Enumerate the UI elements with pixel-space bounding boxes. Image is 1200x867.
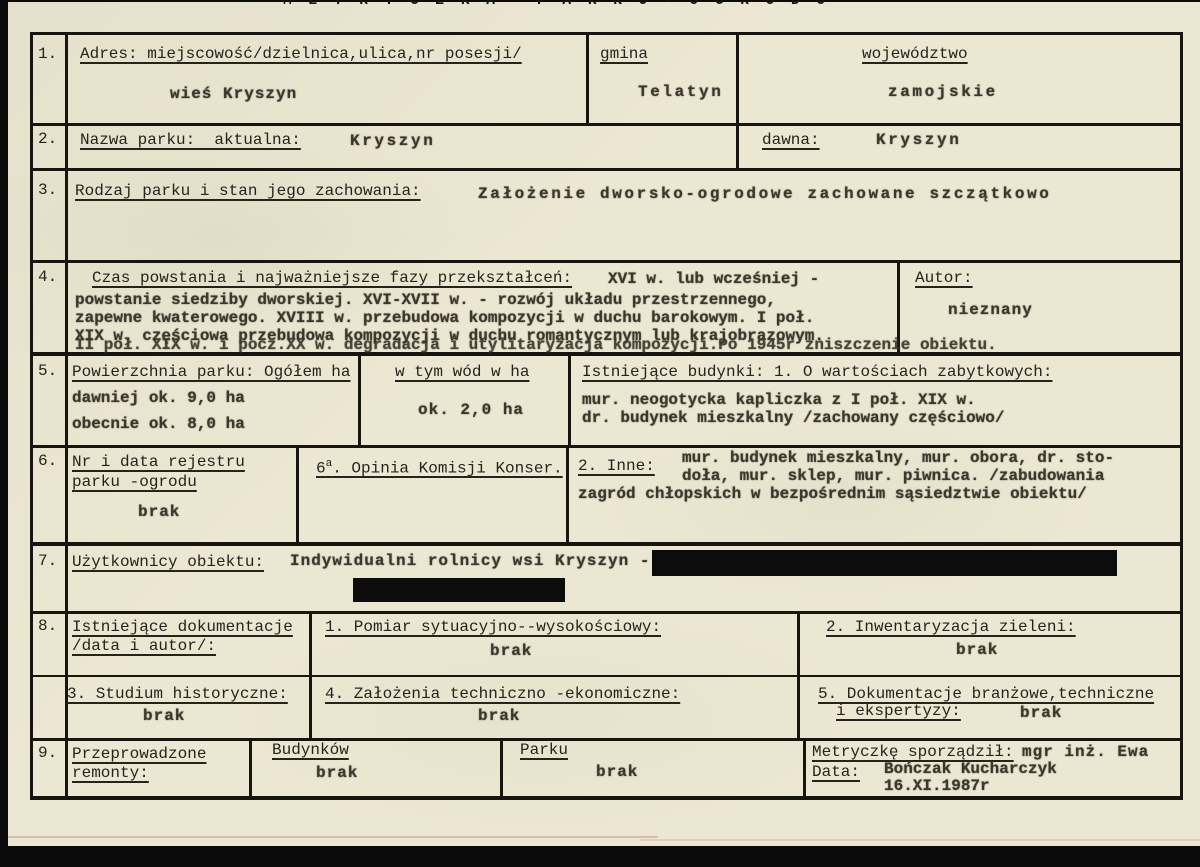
register-label-line1: Nr i data rejestru (72, 452, 245, 472)
park-name-former-value: Kryszyn (876, 130, 961, 150)
voivodeship-label: województwo (862, 44, 968, 64)
doc1-value: brak (490, 641, 532, 661)
redaction-bar (353, 578, 565, 602)
park-type-value: Założenie dworsko-ogrodowe zachowane szc… (478, 184, 1051, 204)
address-label: Adres: miejscowość/dzielnica,ulica,nr po… (80, 44, 522, 64)
form-title: M E T R Y C Z K A P A R K U - O G R O D … (283, 0, 829, 19)
doc4-value: brak (478, 706, 520, 726)
water-area-value: ok. 2,0 ha (418, 400, 524, 420)
table-border-v (249, 738, 252, 796)
renovations-park-value: brak (596, 762, 638, 782)
documentation-label-line1: Istniejące dokumentacje (72, 617, 293, 637)
table-border-v (30, 32, 33, 800)
documentation-label-line2: /data i autor/: (72, 636, 216, 656)
row-number-9: 9. (38, 744, 57, 762)
scanned-form-page: M E T R Y C Z K A P A R K U - O G R O D … (0, 0, 1200, 867)
table-border-v (586, 32, 589, 123)
area-former-value: dawniej ok. 9,0 ha (72, 388, 245, 408)
doc5-value: brak (1020, 703, 1062, 723)
park-name-label: Nazwa parku: aktualna: (80, 130, 301, 150)
renovations-buildings-label: Budynków (272, 740, 349, 760)
table-border-v (736, 32, 739, 168)
users-value: Indywidualni rolnicy wsi Kryszyn - (290, 551, 650, 571)
table-border-v (309, 611, 312, 738)
commission-opinion-label: 6a. Opinia Komisji Konser. (316, 454, 563, 478)
register-value: brak (138, 502, 180, 522)
date-label: Data: (812, 762, 860, 782)
table-border-v (568, 352, 571, 445)
table-border-h (30, 738, 1183, 741)
other-buildings-label: 2. Inne: (578, 456, 655, 476)
table-border-h (30, 611, 1183, 614)
row-number-8: 8. (38, 617, 57, 635)
area-current-value: obecnie ok. 8,0 ha (72, 414, 245, 434)
date-value: 16.XI.1987r (884, 776, 990, 796)
history-label: Czas powstania i najważniejsze fazy prze… (92, 268, 572, 288)
renovations-park-label: Parku (520, 740, 568, 760)
renovations-label-line1: Przeprowadzone (72, 744, 206, 764)
other-buildings-line3: zagród chłopskich w bezpośrednim sąsiedz… (578, 484, 1087, 504)
author-value: nieznany (948, 300, 1033, 320)
doc3-value: brak (143, 706, 185, 726)
gmina-value: Telatyn (638, 82, 723, 102)
row-number-2: 2. (38, 130, 57, 148)
doc2-label: 2. Inwentaryzacja zieleni: (826, 617, 1076, 637)
row-number-5: 5. (38, 362, 57, 380)
table-border-h (30, 123, 1183, 126)
renovations-buildings-value: brak (316, 763, 358, 783)
row-number-4: 4. (38, 268, 57, 286)
park-name-former-label: dawna: (762, 130, 820, 150)
table-border-v (500, 738, 503, 796)
history-value-line2: powstanie siedziby dworskiej. XVI-XVII w… (75, 290, 776, 310)
users-label: Użytkownicy obiektu: (72, 552, 264, 572)
other-buildings-line1: mur. budynek mieszkalny, mur. obora, dr.… (682, 448, 1114, 468)
historic-buildings-line1: mur. neogotycka kapliczka z I poł. XIX w… (582, 390, 976, 410)
commission-num: 6 (316, 459, 326, 477)
park-name-current-value: Kryszyn (350, 131, 435, 151)
area-label: Powierzchnia parku: Ogółem ha (72, 362, 350, 382)
row-number-3: 3. (38, 181, 57, 199)
history-value-line3: zapewne kwaterowego. XVIII w. przebudowa… (75, 308, 814, 328)
row-number-6: 6. (38, 452, 57, 470)
doc2-value: brak (956, 640, 998, 660)
scan-edge-left (0, 0, 8, 867)
table-border-v (797, 611, 800, 738)
table-border-h (30, 675, 1183, 677)
table-border-h (30, 542, 1183, 546)
row-number-7: 7. (38, 552, 57, 570)
park-type-label: Rodzaj parku i stan jego zachowania: (75, 181, 421, 201)
row-number-1: 1. (38, 45, 57, 63)
doc5-label-line2: i ekspertyzy: (836, 701, 961, 721)
commission-rest: . Opinia Komisji Konser. (332, 459, 562, 477)
paper-edge-line (8, 836, 658, 838)
paper-edge-line (640, 839, 1200, 841)
table-border-v (1180, 32, 1183, 800)
historic-buildings-line2: dr. budynek mieszkalny /zachowany części… (582, 408, 1004, 428)
water-area-label: w tym wód w ha (395, 362, 529, 382)
table-border-h (30, 168, 1183, 171)
table-border-h (30, 796, 1183, 800)
table-border-v (803, 738, 806, 796)
address-value: wieś Kryszyn (170, 84, 297, 104)
doc3-label: 3. Studium historyczne: (67, 684, 288, 704)
doc4-label: 4. Założenia techniczno -ekonomiczne: (325, 684, 680, 704)
renovations-label-line2: remonty: (72, 763, 149, 783)
history-value-line1: XVI w. lub wcześniej - (608, 269, 819, 289)
table-border-v (358, 352, 361, 445)
gmina-label: gmina (600, 44, 648, 64)
table-border-h (30, 260, 1183, 263)
table-border-h (30, 32, 1183, 35)
historic-buildings-label: Istniejące budynki: 1. O wartościach zab… (582, 362, 1052, 382)
history-value-line5: II poł. XIX w. i pocz.XX w. degradacja i… (75, 335, 997, 355)
author-label: Autor: (915, 268, 973, 288)
register-label-line2: parku -ogrodu (72, 472, 197, 492)
voivodeship-value: zamojskie (888, 82, 998, 102)
scan-edge-bottom (0, 846, 1200, 867)
redaction-bar (652, 550, 1117, 576)
table-border-v (296, 445, 299, 542)
doc1-label: 1. Pomiar sytuacyjno--wysokościowy: (325, 617, 661, 637)
other-buildings-line2: doła, mur. sklep, mur. piwnica. /zabudow… (682, 466, 1104, 486)
table-border-v (566, 445, 569, 542)
